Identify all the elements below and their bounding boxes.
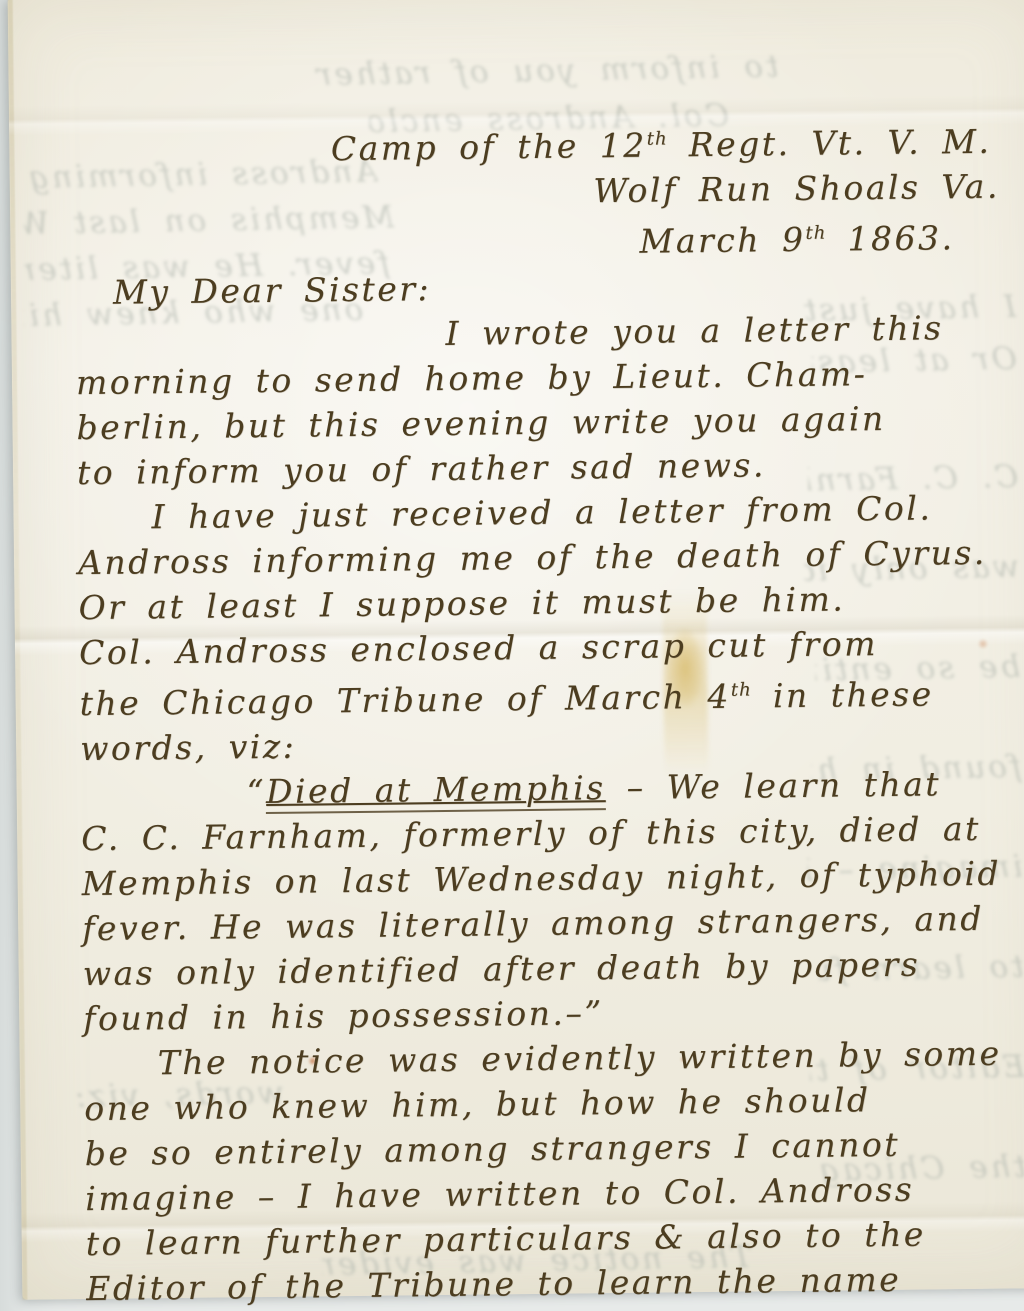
letter-body-text: Camp of the 12th Regt. Vt. V. M.Wolf Run…	[73, 112, 1024, 1311]
manuscript-line: March 9th 1863.	[74, 208, 1024, 270]
manuscript-line: I wrote you a letter this	[445, 304, 1024, 356]
paper-deckle-edge	[8, 0, 28, 1300]
manuscript-line: Editor of the Tribune to learn the name	[86, 1255, 1024, 1311]
scanned-letter-page: to inform you of rather sad news.Col. An…	[0, 0, 1024, 1311]
letter-paper-sheet: to inform you of rather sad news.Col. An…	[8, 0, 1024, 1300]
bleedthrough-line: to inform you of rather sad news.	[308, 46, 779, 97]
manuscript-line: the Chicago Tribune of March 4th in thes…	[79, 664, 1024, 726]
